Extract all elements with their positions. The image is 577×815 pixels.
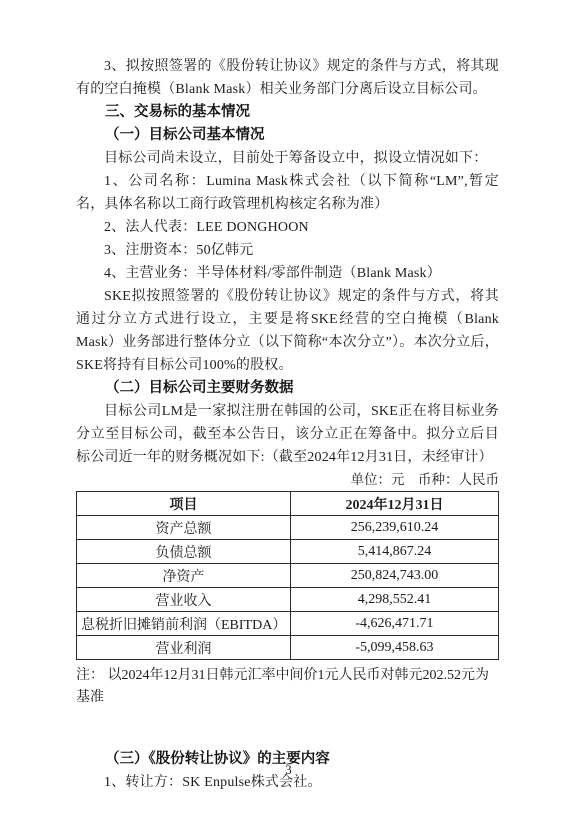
section-heading-3: 三、交易标的基本情况 <box>76 101 499 124</box>
table-row: 营业收入 4,298,552.41 <box>77 588 499 612</box>
table-cell-value: 5,414,867.24 <box>290 540 498 564</box>
paragraph-finance-intro: 目标公司LM是一家拟注册在韩国的公司，SKE正在将目标业务分立至目标公司，截至本… <box>76 400 499 469</box>
table-cell-label: 资产总额 <box>77 516 291 540</box>
table-row: 资产总额 256,239,610.24 <box>77 516 499 540</box>
table-header-row: 项目 2024年12月31日 <box>77 492 499 516</box>
table-cell-label: 息税折旧摊销前利润（EBITDA） <box>77 612 291 636</box>
table-cell-value: -5,099,458.63 <box>290 636 498 660</box>
table-cell-value: -4,626,471.71 <box>290 612 498 636</box>
table-cell-value: 4,298,552.41 <box>290 588 498 612</box>
paragraph-legal-rep: 2、法人代表：LEE DONGHOON <box>76 216 499 239</box>
table-cell-label: 负债总额 <box>77 540 291 564</box>
table-cell-label: 营业收入 <box>77 588 291 612</box>
paragraph-main-business: 4、主营业务：半导体材料/零部件制造（Blank Mask） <box>76 262 499 285</box>
table-row: 负债总额 5,414,867.24 <box>77 540 499 564</box>
table-row: 净资产 250,824,743.00 <box>77 564 499 588</box>
table-header-cell: 项目 <box>77 492 291 516</box>
financial-table: 项目 2024年12月31日 资产总额 256,239,610.24 负债总额 … <box>76 491 499 660</box>
table-cell-value: 250,824,743.00 <box>290 564 498 588</box>
table-cell-label: 营业利润 <box>77 636 291 660</box>
paragraph-item3: 3、拟按照签署的《股份转让协议》规定的条件与方式，将其现有的空白掩模（Blank… <box>76 55 499 101</box>
document-content: 3、拟按照签署的《股份转让协议》规定的条件与方式，将其现有的空白掩模（Blank… <box>76 55 499 794</box>
table-footnote: 注： 以2024年12月31日韩元汇率中间价1元人民币对韩元202.52元为基准 <box>76 665 499 709</box>
table-cell-value: 256,239,610.24 <box>290 516 498 540</box>
subsection-heading-2: （二）目标公司主要财务数据 <box>76 377 499 400</box>
table-row: 营业利润 -5,099,458.63 <box>77 636 499 660</box>
table-unit-line: 单位：元 币种：人民币 <box>76 470 499 490</box>
subsection-heading-1: （一）目标公司基本情况 <box>76 124 499 147</box>
paragraph-registered-capital: 3、注册资本：50亿韩元 <box>76 239 499 262</box>
table-cell-label: 净资产 <box>77 564 291 588</box>
document-page: 3、拟按照签署的《股份转让协议》规定的条件与方式，将其现有的空白掩模（Blank… <box>0 0 577 815</box>
paragraph-setup-intro: 目标公司尚未设立，目前处于筹备设立中，拟设立情况如下： <box>76 147 499 170</box>
paragraph-company-name: 1、公司名称：Lumina Mask株式会社（以下简称“LM”,暂定名，具体名称… <box>76 170 499 216</box>
page-number: 3 <box>0 762 577 778</box>
paragraph-spinoff: SKE拟按照签署的《股份转让协议》规定的条件与方式，将其通过分立方式进行设立，主… <box>76 285 499 377</box>
table-row: 息税折旧摊销前利润（EBITDA） -4,626,471.71 <box>77 612 499 636</box>
table-header-cell: 2024年12月31日 <box>290 492 498 516</box>
